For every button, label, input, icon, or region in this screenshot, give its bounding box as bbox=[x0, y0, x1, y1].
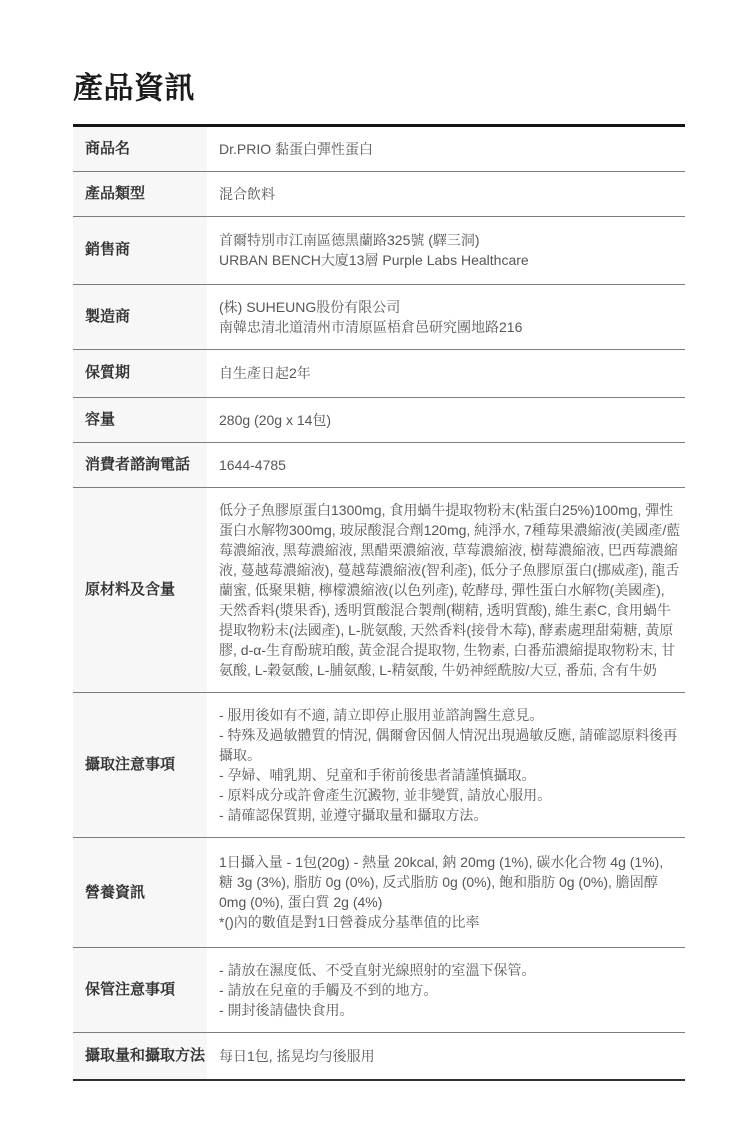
table-row-nutrition-info: 營養資訊 1日攝入量 - 1包(20g) - 熱量 20kcal, 鈉 20mg… bbox=[73, 838, 685, 948]
shelf-life-value: 自生產日起2年 bbox=[207, 351, 685, 395]
table-row-ingredients: 原材料及含量 低分子魚膠原蛋白1300mg, 食用蝸牛提取物粉末(粘蛋白25%)… bbox=[73, 488, 685, 693]
nutrition-info-value: 1日攝入量 - 1包(20g) - 熱量 20kcal, 鈉 20mg (1%)… bbox=[207, 840, 685, 944]
table-row-shelf-life: 保質期 自生產日起2年 bbox=[73, 350, 685, 398]
row-label: 保質期 bbox=[73, 350, 207, 397]
row-label: 銷售商 bbox=[73, 217, 207, 284]
row-label: 消費者諮詢電話 bbox=[73, 443, 207, 487]
volume-value: 280g (20g x 14包) bbox=[207, 398, 685, 442]
dosage-method-value: 每日1包, 搖晃均勻後服用 bbox=[207, 1034, 685, 1078]
row-label: 容量 bbox=[73, 398, 207, 442]
row-label: 保管注意事項 bbox=[73, 948, 207, 1032]
row-label: 製造商 bbox=[73, 285, 207, 349]
table-row-intake-precautions: 攝取注意事項 - 服用後如有不適, 請立即停止服用並諮詢醫生意見。 - 特殊及過… bbox=[73, 693, 685, 838]
ingredients-value: 低分子魚膠原蛋白1300mg, 食用蝸牛提取物粉末(粘蛋白25%)100mg, … bbox=[207, 488, 685, 692]
product-info-table: 商品名 Dr.PRIO 黏蛋白彈性蛋白 產品類型 混合飲料 銷售商 首爾特別市江… bbox=[73, 124, 685, 1081]
storage-precautions-value: - 請放在濕度低、不受直射光線照射的室溫下保管。 - 請放在兒童的手觸及不到的地… bbox=[207, 948, 685, 1032]
product-type-value: 混合飲料 bbox=[207, 172, 685, 216]
row-label: 原材料及含量 bbox=[73, 488, 207, 692]
product-name-value: Dr.PRIO 黏蛋白彈性蛋白 bbox=[207, 127, 685, 171]
row-label: 攝取注意事項 bbox=[73, 693, 207, 837]
manufacturer-value: (株) SUHEUNG股份有限公司 南韓忠清北道清州市清原區梧倉邑研究團地路21… bbox=[207, 285, 685, 349]
table-row-consumer-phone: 消費者諮詢電話 1644-4785 bbox=[73, 443, 685, 488]
table-row-product-name: 商品名 Dr.PRIO 黏蛋白彈性蛋白 bbox=[73, 127, 685, 172]
intake-precautions-value: - 服用後如有不適, 請立即停止服用並諮詢醫生意見。 - 特殊及過敏體質的情況,… bbox=[207, 693, 685, 837]
seller-value: 首爾特別市江南區德黑蘭路325號 (驛三洞) URBAN BENCH大廈13層 … bbox=[207, 218, 685, 282]
consumer-phone-value: 1644-4785 bbox=[207, 443, 685, 487]
table-row-storage-precautions: 保管注意事項 - 請放在濕度低、不受直射光線照射的室溫下保管。 - 請放在兒童的… bbox=[73, 948, 685, 1033]
row-label: 產品類型 bbox=[73, 172, 207, 216]
table-row-product-type: 產品類型 混合飲料 bbox=[73, 172, 685, 217]
table-row-seller: 銷售商 首爾特別市江南區德黑蘭路325號 (驛三洞) URBAN BENCH大廈… bbox=[73, 217, 685, 285]
product-info-section: 產品資訊 商品名 Dr.PRIO 黏蛋白彈性蛋白 產品類型 混合飲料 銷售商 首… bbox=[0, 0, 750, 1081]
row-label: 營養資訊 bbox=[73, 838, 207, 947]
table-row-dosage-method: 攝取量和攝取方法 每日1包, 搖晃均勻後服用 bbox=[73, 1033, 685, 1079]
row-label: 商品名 bbox=[73, 127, 207, 171]
row-label: 攝取量和攝取方法 bbox=[73, 1033, 207, 1079]
table-row-volume: 容量 280g (20g x 14包) bbox=[73, 398, 685, 443]
page-title: 產品資訊 bbox=[73, 72, 685, 107]
table-row-manufacturer: 製造商 (株) SUHEUNG股份有限公司 南韓忠清北道清州市清原區梧倉邑研究團… bbox=[73, 285, 685, 350]
